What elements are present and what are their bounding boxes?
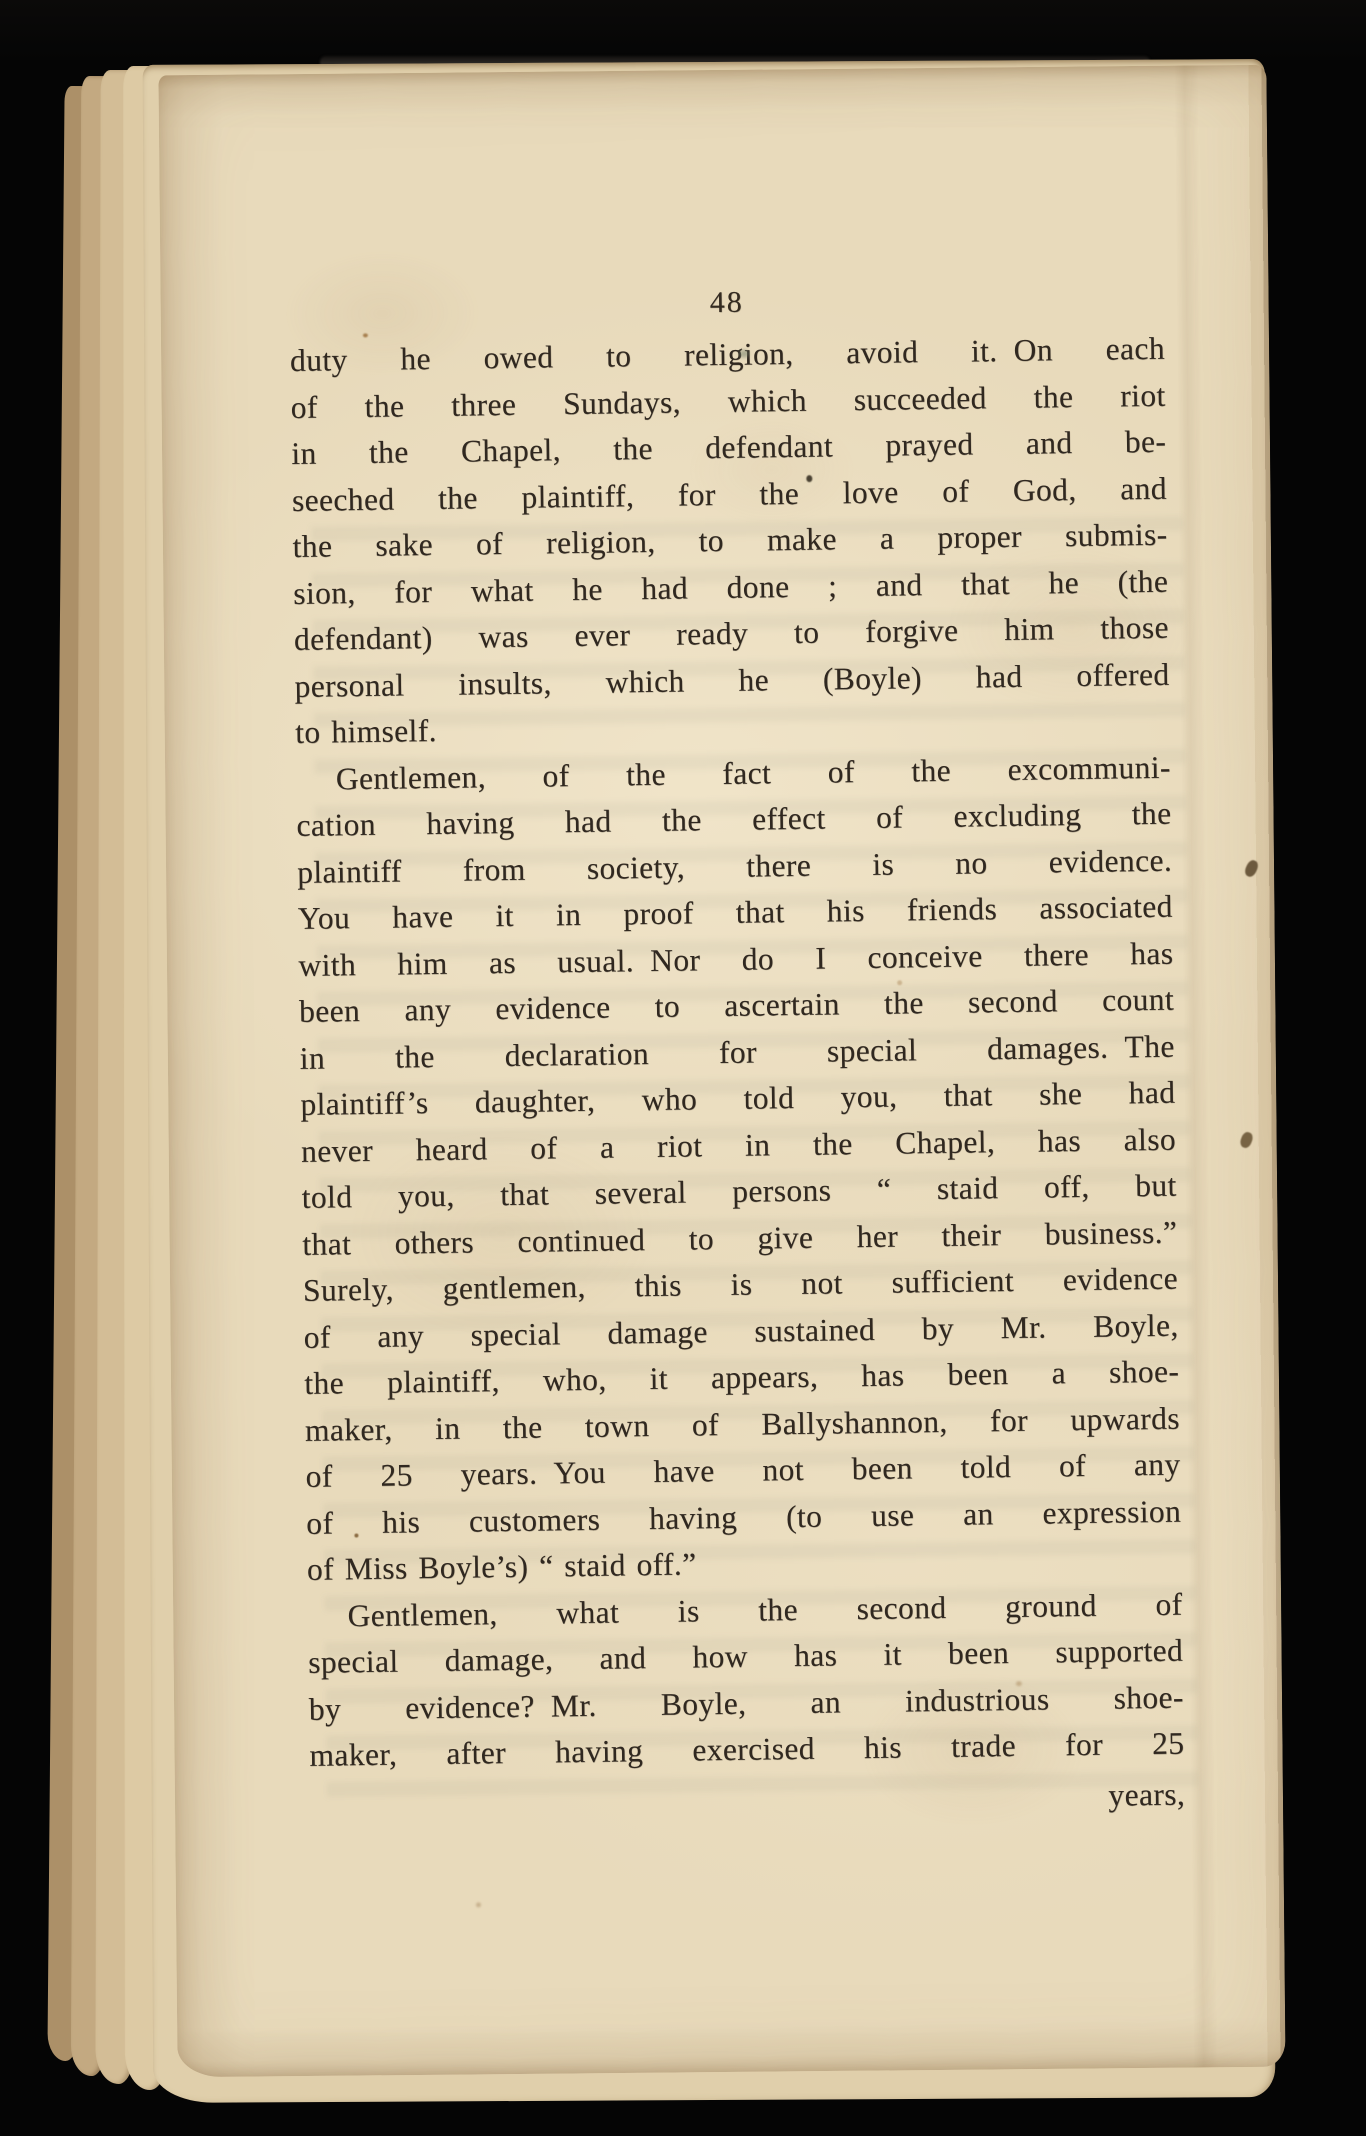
book-page: 48 duty he owed to religion, avoid it. O… xyxy=(158,65,1285,2078)
text-block: duty he owed to religion, avoid it. On e… xyxy=(290,326,1185,1780)
scanned-book-photo: 48 duty he owed to religion, avoid it. O… xyxy=(0,0,1366,2136)
page-content: 48 duty he owed to religion, avoid it. O… xyxy=(154,62,1290,2079)
catchword: years, xyxy=(310,1771,1186,1830)
page-number: 48 xyxy=(289,280,1164,326)
